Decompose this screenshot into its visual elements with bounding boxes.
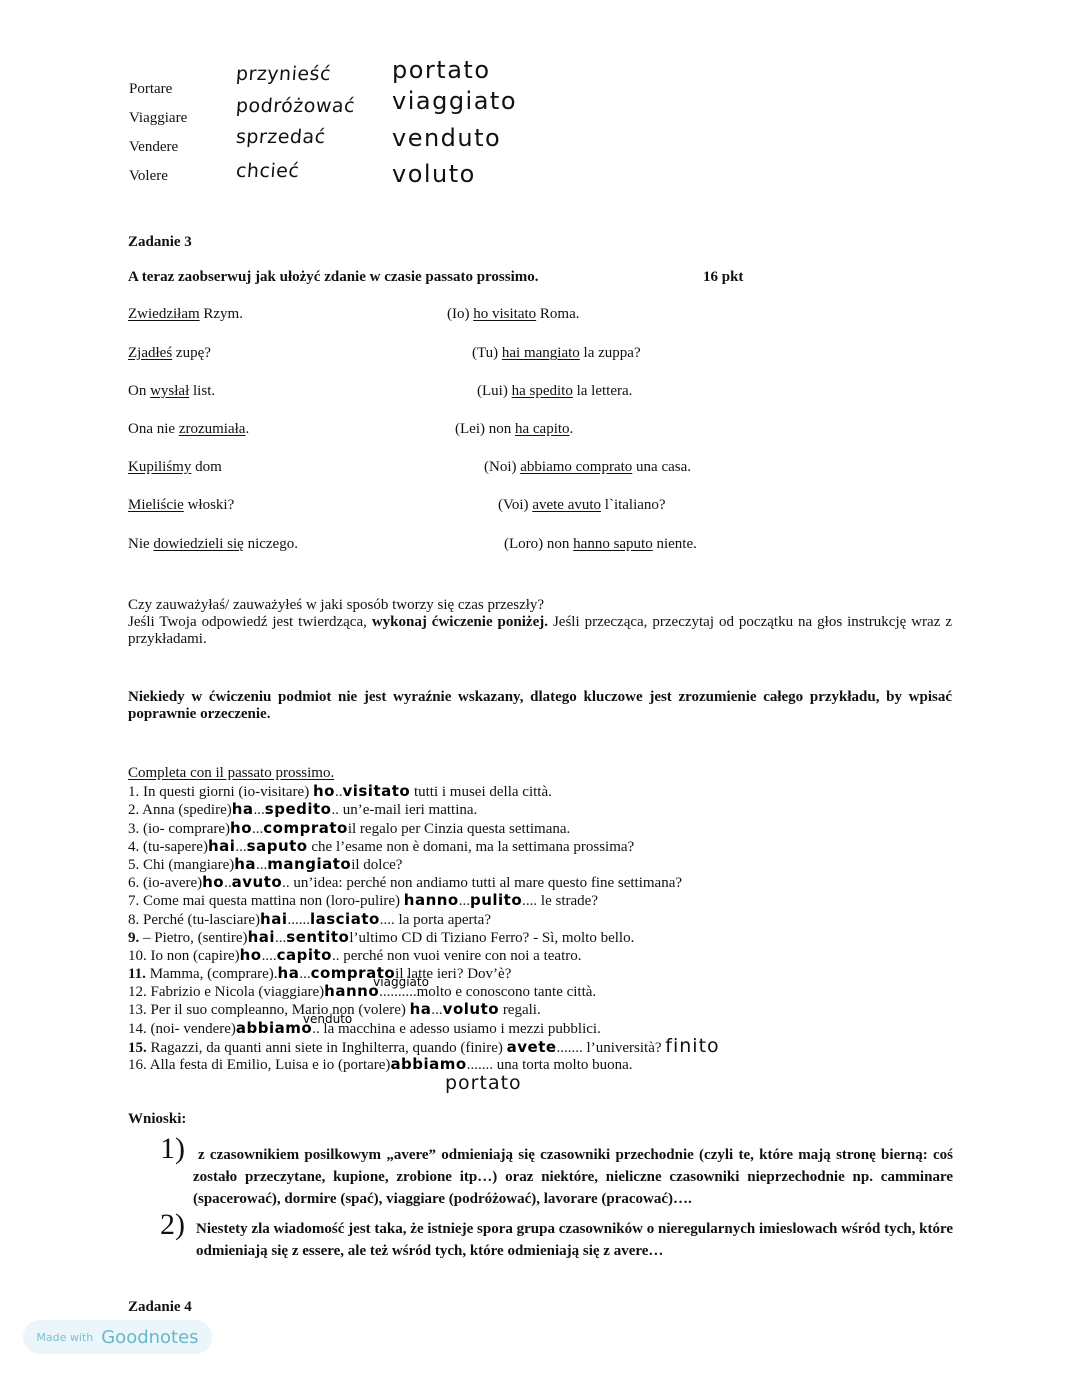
item-text: Fabrizio e Nicola (viaggiare) [147,984,324,1000]
handwritten-participle: mangiato [267,855,351,873]
text: . [570,421,574,437]
item-number: 11. [128,966,146,982]
underlined-verb: zrozumiała [179,421,246,437]
underlined-verb: Zwiedziłam [128,306,200,322]
text: Nie [128,536,153,552]
text: dom [191,459,221,475]
text: (Lui) [477,383,512,399]
blank-dots: .. [224,875,232,891]
text: zupę? [172,345,211,361]
example-italian: (Lei) non ha capito. [455,421,573,438]
handwritten-auxiliary: abbiamo [390,1055,466,1073]
handwritten-participle: saputo [247,837,308,855]
exercise-item: 16. Alla festa di Emilio, Luisa e io (po… [128,1055,720,1073]
text: Jeśli Twoja odpowiedź jest twierdząca, [128,614,372,630]
underlined-verb: Kupiliśmy [128,459,191,475]
handwritten-auxiliary: hanno [404,891,459,909]
verb-infinitive: Vendere [129,139,178,156]
blank-dots: ....... [557,1040,583,1056]
handwritten-participle: venduto [303,1010,352,1028]
example-italian: (Noi) abbiamo comprato una casa. [484,459,691,476]
handwritten-auxiliary: avete [507,1038,557,1056]
blank-dots: ... [254,802,265,818]
item-text: l’ultimo CD di Tiziano Ferro? - Sì, molt… [349,930,634,946]
example-italian: (Loro) non hanno saputo niente. [504,536,697,553]
goodnotes-badge[interactable]: Made with Goodnotes [23,1320,212,1354]
handwritten-auxiliary: ho [230,819,252,837]
item-text: il dolce? [351,857,402,873]
item-number: 1. [128,784,139,800]
item-text: un’e-mail ieri mattina. [339,802,477,818]
handwritten-auxiliary: ha [410,1000,432,1018]
handwritten-participle: voluto [443,1000,499,1018]
text: Rzym. [200,306,243,322]
example-italian: (Voi) avete avuto l`italiano? [498,497,666,514]
answer-field[interactable]: ha...mangiato [234,857,351,873]
handwritten-auxiliary: hai [248,928,275,946]
handwritten-participle: venduto [392,124,501,152]
item-text: molto e conoscono tante città. [417,984,597,1000]
answer-field[interactable]: ha...voluto [410,1002,499,1018]
item-text: regali. [499,1002,541,1018]
verb-infinitive: Volere [129,168,168,185]
item-text: (io- comprare) [139,821,230,837]
exercise-item: 14. (noi- vendere)abbiamo..venduto la ma… [128,1019,720,1037]
item-text: – Pietro, (sentire) [139,930,247,946]
handwritten-auxiliary: abbiamo [236,1019,312,1037]
exercise-item: 10. Io non (capire)ho....capito.. perché… [128,946,720,964]
handwritten-participle: viaggiato [392,87,517,115]
answer-field[interactable]: hai...sentito [248,930,350,946]
exercise-item: 13. Per il suo compleanno, Mario non (vo… [128,1000,720,1018]
conclusions-heading: Wnioski: [128,1111,186,1128]
blank-dots: .... [262,948,277,964]
example-italian: (Tu) hai mangiato la zuppa? [472,345,641,362]
task3-note: Niekiedy w ćwiczeniu podmiot nie jest wy… [128,689,952,723]
text: (Loro) non [504,536,573,552]
blank-dots: ....... [467,1057,493,1073]
blank-dots: ...... [287,912,310,928]
handwritten-participle: comprato [263,819,348,837]
handwritten-answer: portato [445,1072,522,1094]
underlined-verb: Mieliście [128,497,184,513]
example-polish: Zwiedziłam Rzym. [128,306,243,323]
item-text: (io-avere) [139,875,202,891]
answer-field[interactable]: hai...saputo [208,839,308,855]
handwritten-auxiliary: ha [234,855,256,873]
exercise-item: 12. Fabrizio e Nicola (viaggiare)hanno..… [128,982,720,1000]
handwritten-participle: finito [665,1035,719,1057]
underlined-verb: abbiamo comprato [520,459,632,475]
handwritten-participle: pulito [470,891,522,909]
example-polish: Zjadłeś zupę? [128,345,211,362]
item-text: le strade? [537,893,598,909]
exercise-item: 8. Perché (tu-lasciare)hai......lasciato… [128,910,720,928]
exercise-title-text: Completa con il passato prossimo. [128,765,334,781]
example-polish: Nie dowiedzieli się niczego. [128,536,298,553]
exercise-items: 1. In questi giorni (io-visitare) ho..vi… [128,782,720,1073]
blank-dots: ... [431,1002,442,1018]
bold-text: wykonaj ćwiczenie poniżej. [372,614,548,630]
conclusion-text: Niestety zla wiadomość jest taka, że ist… [196,1218,953,1262]
blank-dots: ... [459,893,470,909]
conclusion-number: 1) [160,1132,185,1166]
blank-dots: .. [332,948,340,964]
task3-points: 16 pkt [703,269,743,286]
answer-field[interactable]: abbiamo..venduto [236,1021,320,1037]
example-polish: Mieliście włoski? [128,497,234,514]
text: (Voi) [498,497,532,513]
underlined-verb: ha capito [515,421,570,437]
handwritten-participle: sentito [286,928,349,946]
item-number: 16. [128,1057,147,1073]
conclusion-text: z czasownikiem posilkowym „avere” odmien… [193,1144,953,1210]
handwritten-participle: portato [392,56,491,84]
item-text: una torta molto buona. [493,1057,633,1073]
underlined-verb: ha spedito [512,383,573,399]
handwritten-participle: capito [277,946,332,964]
answer-field[interactable]: hanno..........viaggiato [324,984,416,1000]
blank-dots: .... [522,893,537,909]
item-number: 6. [128,875,139,891]
item-number: 3. [128,821,139,837]
underlined-verb: avete avuto [532,497,601,513]
handwritten-polish: podróżować [235,95,356,117]
item-number: 12. [128,984,147,1000]
text: niente. [653,536,697,552]
item-text: Mamma, (comprare). [146,966,278,982]
text: la lettera. [573,383,633,399]
handwritten-auxiliary: hai [260,910,287,928]
example-polish: Ona nie zrozumiała. [128,421,249,438]
handwritten-auxiliary: hanno [324,982,379,1000]
blank-dots: ... [275,930,286,946]
handwritten-participle: voluto [392,160,476,188]
example-polish: Kupiliśmy dom [128,459,222,476]
underlined-verb: hai mangiato [502,345,580,361]
text: On [128,383,150,399]
task3-question-paragraph: Czy zauważyłaś/ zauważyłeś w jaki sposób… [128,597,952,648]
text: la zuppa? [580,345,641,361]
handwritten-polish: sprzedać [235,126,326,148]
handwritten-participle: spedito [265,800,332,818]
item-text: perché non vuoi venire con noi a teatro. [339,948,581,964]
text: niczego. [244,536,298,552]
exercise-item: 1. In questi giorni (io-visitare) ho..vi… [128,782,720,800]
handwritten-auxiliary: ho [313,782,335,800]
handwritten-participle: lasciato [310,910,380,928]
handwritten-auxiliary: ha [232,800,254,818]
question: Czy zauważyłaś/ zauważyłeś w jaki sposób… [128,597,952,614]
blank-dots: .. [331,802,339,818]
text: l`italiano? [601,497,666,513]
verb-infinitive: Portare [129,81,172,98]
text: włoski? [184,497,234,513]
handwritten-auxiliary: ho [202,873,224,891]
text: list. [189,383,215,399]
item-number: 13. [128,1002,147,1018]
exercise: Completa con il passato prossimo. 1. In … [128,764,720,1073]
answer-field[interactable]: ho...comprato [230,821,348,837]
item-number: 8. [128,912,139,928]
handwritten-polish: chcieć [235,160,300,182]
item-text: il regalo per Cinzia questa settimana. [348,821,570,837]
example-polish: On wysłał list. [128,383,215,400]
item-text: che l’esame non è domani, ma la settiman… [308,839,635,855]
instruction-paragraph: Jeśli Twoja odpowiedź jest twierdząca, w… [128,614,952,648]
exercise-item: 6. (io-avere)ho..avuto.. un’idea: perché… [128,873,720,891]
goodnotes-logo: Goodnotes [101,1327,198,1348]
item-text: Perché (tu-lasciare) [139,912,260,928]
item-text: Anna (spedire) [139,802,231,818]
item-text: Alla festa di Emilio, Luisa e io (portar… [147,1057,391,1073]
item-text: Come mai questa mattina non (loro-pulire… [139,893,404,909]
text: (Lei) non [455,421,515,437]
text: una casa. [632,459,691,475]
item-number: 9. [128,930,139,946]
handwritten-auxiliary: hai [208,837,235,855]
answer-field[interactable]: ho..avuto.. [202,875,290,891]
task3-heading: Zadanie 3 [128,234,192,251]
item-text: Ragazzi, da quanti anni siete in Inghilt… [147,1040,507,1056]
item-number: 7. [128,893,139,909]
handwritten-polish: przynieść [235,63,331,85]
handwritten-participle: visitato [342,782,410,800]
exercise-item: 15. Ragazzi, da quanti anni siete in Ing… [128,1037,720,1055]
answer-field[interactable]: avete....... [507,1040,583,1056]
blank-dots: ... [299,966,310,982]
underlined-verb: Zjadłeś [128,345,172,361]
blank-dots: .. [282,875,290,891]
text: (Tu) [472,345,502,361]
handwritten-auxiliary: ho [240,946,262,964]
answer-field[interactable]: hanno...pulito.... [404,893,537,909]
item-number: 2. [128,802,139,818]
item-number: 14. [128,1021,147,1037]
underlined-verb: wysłał [150,383,189,399]
answer-field[interactable]: ho..visitato [313,784,410,800]
underlined-verb: hanno saputo [573,536,653,552]
item-text: Io non (capire) [147,948,240,964]
item-text: tutti i musei della città. [410,784,552,800]
text: (Io) [447,306,473,322]
answer-field[interactable]: abbiamo....... [390,1057,493,1073]
item-number: 5. [128,857,139,873]
item-text: Per il suo compleanno, Mario non (volere… [147,1002,410,1018]
task3-instruction: A teraz zaobserwuj jak ułożyć zdanie w c… [128,269,539,286]
item-text: la porta aperta? [395,912,491,928]
exercise-item: 5. Chi (mangiare)ha...mangiatoil dolce? [128,855,720,873]
item-number: 10. [128,948,147,964]
handwritten-participle: avuto [232,873,283,891]
handwritten-auxiliary: ha [278,964,300,982]
exercise-item: 9. – Pietro, (sentire)hai...sentitol’ult… [128,928,720,946]
item-text: (noi- vendere) [147,1021,236,1037]
item-text: In questi giorni (io-visitare) [139,784,313,800]
task4-heading: Zadanie 4 [128,1299,192,1316]
exercise-title: Completa con il passato prossimo. [128,764,720,782]
blank-dots: ... [235,839,246,855]
blank-dots: ... [252,821,263,837]
text: . [245,421,249,437]
text: Ona nie [128,421,179,437]
text: Roma. [536,306,579,322]
item-text: Chi (mangiare) [139,857,234,873]
example-italian: (Lui) ha spedito la lettera. [477,383,632,400]
answer-field[interactable]: hai......lasciato.... [260,912,395,928]
item-text: l’università? [583,1040,665,1056]
blank-dots: .... [380,912,395,928]
verb-infinitive: Viaggiare [129,110,187,127]
exercise-item: 3. (io- comprare)ho...compratoil regalo … [128,819,720,837]
item-number: 4. [128,839,139,855]
item-number: 15. [128,1040,147,1056]
underlined-verb: dowiedzieli się [153,536,243,552]
item-text: (tu-sapere) [139,839,208,855]
item-text: un’idea: perché non andiamo tutti al mar… [290,875,682,891]
text: (Noi) [484,459,520,475]
exercise-item: 2. Anna (spedire)ha...spedito.. un’e-mai… [128,800,720,818]
exercise-item: 7. Come mai questa mattina non (loro-pul… [128,891,720,909]
answer-field[interactable]: ho....capito.. [240,948,340,964]
example-italian: (Io) ho visitato Roma. [447,306,580,323]
conclusion-number: 2) [160,1208,185,1242]
exercise-item: 4. (tu-sapere)hai...saputo che l’esame n… [128,837,720,855]
blank-dots: ... [256,857,267,873]
item-text: la macchina e adesso usiamo i mezzi pubb… [320,1021,601,1037]
made-with-text: Made with [36,1331,93,1344]
handwritten-participle: viaggiato [373,973,429,991]
answer-field[interactable]: ha...spedito.. [232,802,339,818]
underlined-verb: ho visitato [473,306,536,322]
